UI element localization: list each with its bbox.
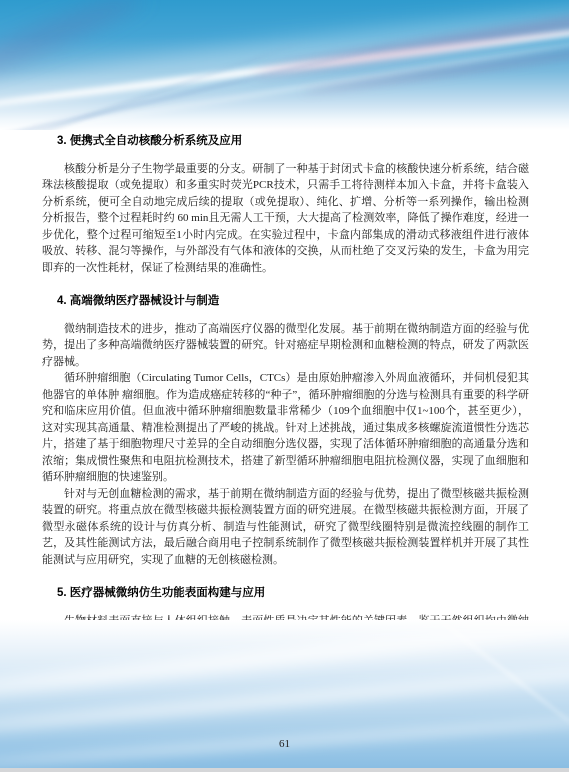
footer-white-streak-1 (0, 620, 569, 705)
page-bottom-edge (0, 768, 569, 772)
body-paragraph: 循环肿瘤细胞（Circulating Tumor Cells，CTCs）是由原始… (42, 370, 529, 486)
section-3: 3. 便携式全自动核酸分析系统及应用 核酸分析是分子生物学最重要的分支。研制了一… (42, 133, 529, 276)
page-body-text: 3. 便携式全自动核酸分析系统及应用 核酸分析是分子生物学最重要的分支。研制了一… (42, 127, 529, 695)
body-paragraph: 针对与无创血糖检测的需求，基于前期在微纳制造方面的经验与优势，提出了微型核磁共振… (42, 486, 529, 569)
body-paragraph: 微纳制造技术的进步，推动了高端医疗仪器的微型化发展。基于前期在微纳制造方面的经验… (42, 321, 529, 371)
header-wave-artwork (0, 0, 569, 130)
section-heading: 5. 医疗器械微纳仿生功能表面构建与应用 (57, 585, 529, 602)
section-4: 4. 高端微纳医疗器械设计与制造 微纳制造技术的进步，推动了高端医疗仪器的微型化… (42, 293, 529, 568)
section-heading: 3. 便携式全自动核酸分析系统及应用 (57, 133, 529, 150)
document-page: 3. 便携式全自动核酸分析系统及应用 核酸分析是分子生物学最重要的分支。研制了一… (0, 0, 569, 772)
page-number: 61 (0, 738, 569, 750)
section-heading: 4. 高端微纳医疗器械设计与制造 (57, 293, 529, 310)
body-paragraph: 核酸分析是分子生物学最重要的分支。研制了一种基于封闭式卡盒的核酸快速分析系统，结… (42, 161, 529, 277)
